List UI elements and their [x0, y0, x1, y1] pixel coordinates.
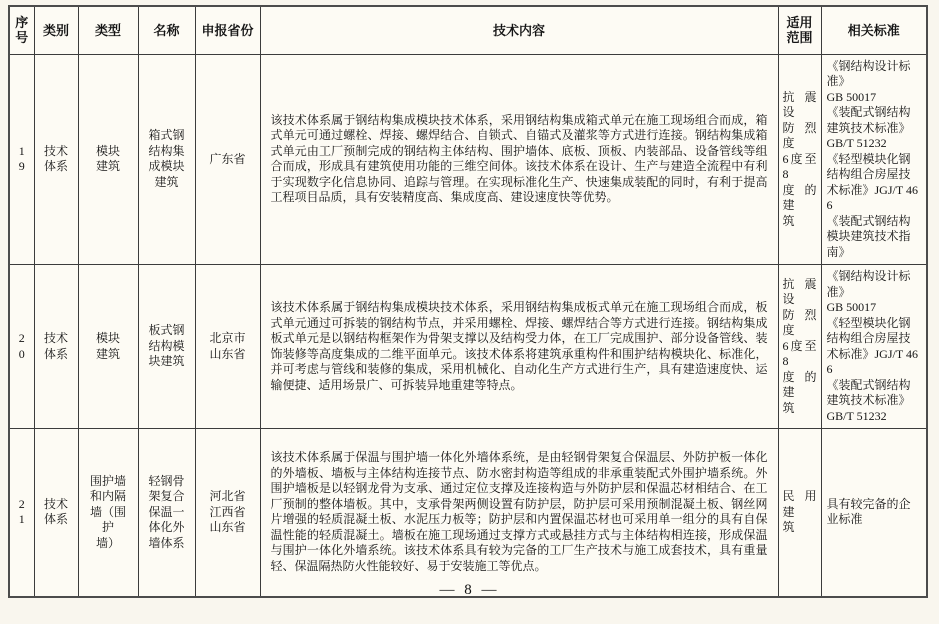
cell-province: 河北省 江西省 山东省 [195, 429, 260, 597]
cell-scope: 民用建 筑 [778, 429, 821, 597]
cell-technical-content: 该技术体系属于钢结构集成模块技术体系，采用钢结构集成箱式单元在施工现场组合而成，… [260, 54, 778, 265]
cell-standards: 具有较完备的企业标准 [821, 429, 927, 597]
cell-category: 技术 体系 [34, 429, 78, 597]
cell-type: 模块 建筑 [78, 265, 138, 429]
table-row-19: 19 技术 体系 模块 建筑 箱式钢 结构集 成模块 建筑 广东省 该技术体系属… [9, 54, 927, 265]
cell-serial-number: 19 [9, 54, 34, 265]
cell-scope: 抗震设 防烈度 6度至8 度的建 筑 [778, 265, 821, 429]
cell-name: 箱式钢 结构集 成模块 建筑 [138, 54, 195, 265]
cell-technical-content: 该技术体系属于保温与围护墙一体化外墙体系统，是由轻钢骨架复合保温层、外防护板一体… [260, 429, 778, 597]
cell-category: 技术 体系 [34, 265, 78, 429]
cell-type: 围护墙 和内隔 墙（围护 墙） [78, 429, 138, 597]
header-type: 类型 [78, 6, 138, 54]
cell-province: 广东省 [195, 54, 260, 265]
cell-category: 技术 体系 [34, 54, 78, 265]
header-scope: 适用范围 [778, 6, 821, 54]
cell-standards: 《钢结构设计标准》 GB 50017 《轻型模块化钢结构组合房屋技术标准》JGJ… [821, 265, 927, 429]
header-province: 申报省份 [195, 6, 260, 54]
cell-name: 板式钢 结构模 块建筑 [138, 265, 195, 429]
page-number: — 8 — [0, 582, 939, 599]
cell-serial-number: 20 [9, 265, 34, 429]
document-page: 序号 类别 类型 名称 申报省份 技术内容 适用范围 相关标准 19 技术 体系… [0, 0, 939, 624]
header-category: 类别 [34, 6, 78, 54]
table-header-row: 序号 类别 类型 名称 申报省份 技术内容 适用范围 相关标准 [9, 6, 927, 54]
cell-type: 模块 建筑 [78, 54, 138, 265]
technology-catalog-table: 序号 类别 类型 名称 申报省份 技术内容 适用范围 相关标准 19 技术 体系… [8, 5, 928, 598]
header-serial-number: 序号 [9, 6, 34, 54]
table-row-21: 21 技术 体系 围护墙 和内隔 墙（围护 墙） 轻钢骨 架复合 保温一 体化外… [9, 429, 927, 597]
cell-scope: 抗震设 防烈度 6度至8 度的建 筑 [778, 54, 821, 265]
table-row-20: 20 技术 体系 模块 建筑 板式钢 结构模 块建筑 北京市 山东省 该技术体系… [9, 265, 927, 429]
header-standards: 相关标准 [821, 6, 927, 54]
cell-technical-content: 该技术体系属于钢结构集成模块技术体系，采用钢结构集成板式单元在施工现场组合而成，… [260, 265, 778, 429]
header-name: 名称 [138, 6, 195, 54]
cell-serial-number: 21 [9, 429, 34, 597]
cell-name: 轻钢骨 架复合 保温一 体化外 墙体系 [138, 429, 195, 597]
header-technical-content: 技术内容 [260, 6, 778, 54]
cell-standards: 《钢结构设计标准》 GB 50017 《装配式钢结构建筑技术标准》 GB/T 5… [821, 54, 927, 265]
cell-province: 北京市 山东省 [195, 265, 260, 429]
